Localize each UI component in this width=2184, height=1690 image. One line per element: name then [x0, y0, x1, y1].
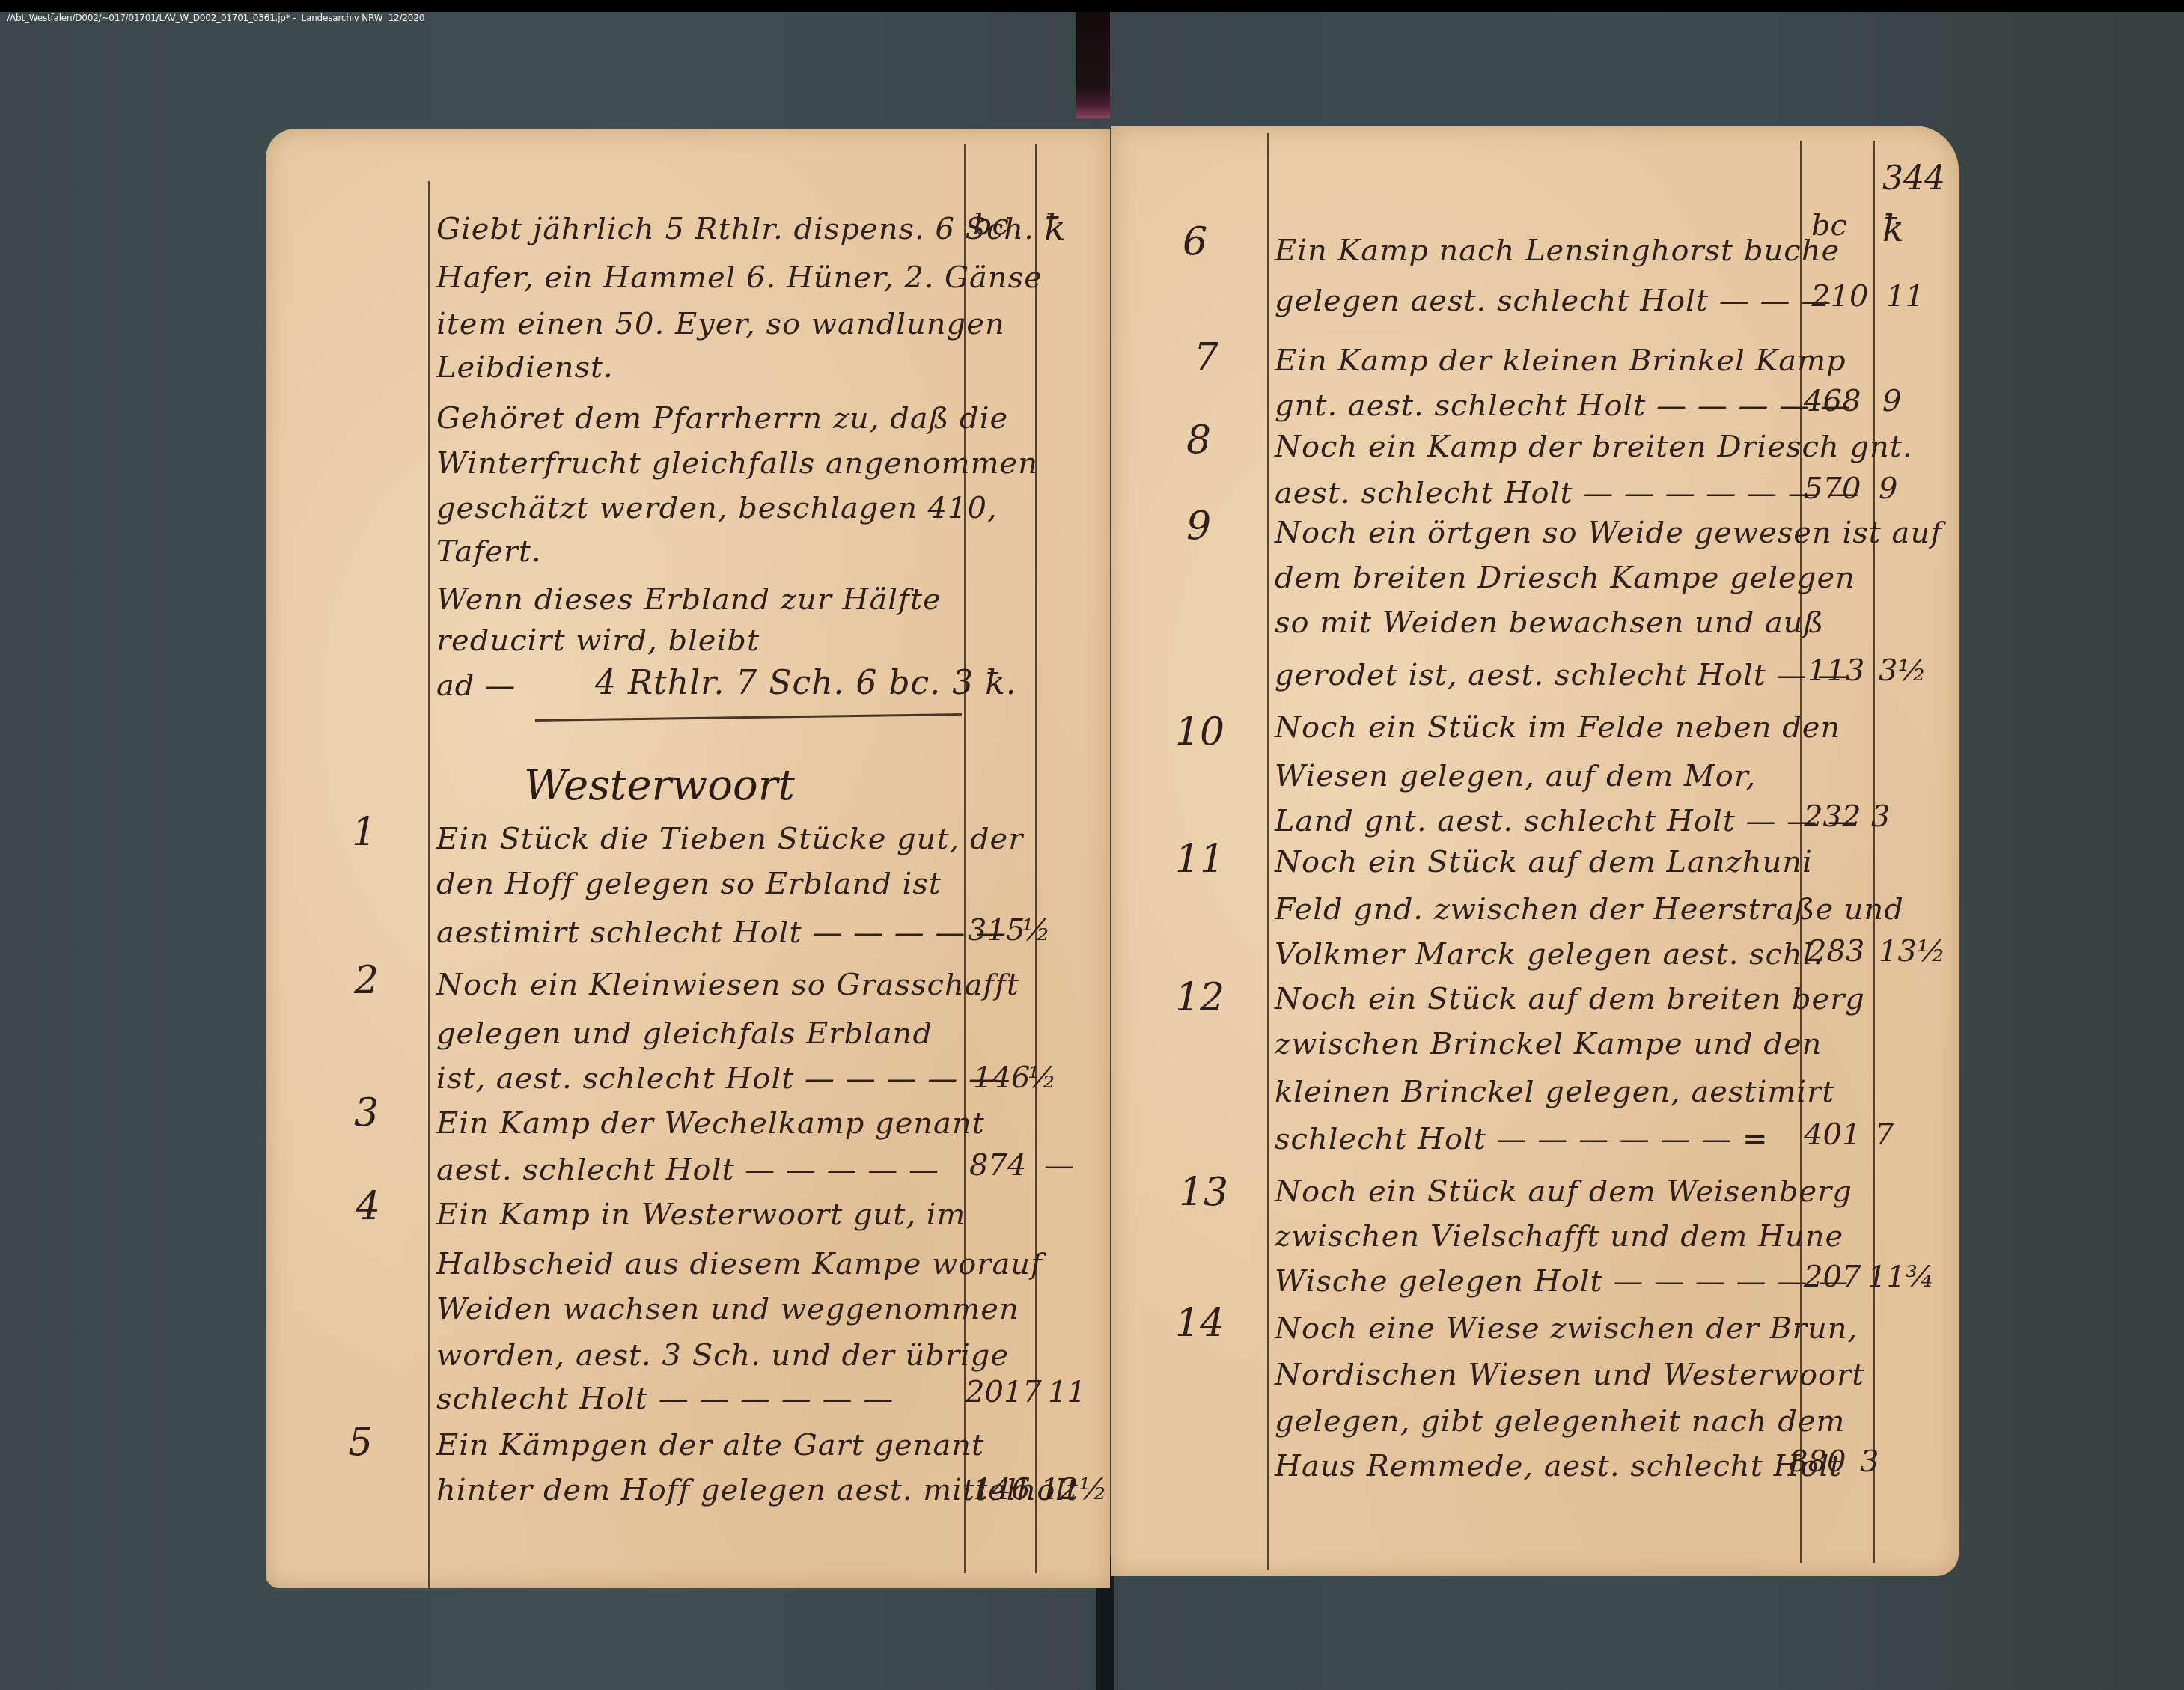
- entry-amount-pf: 3: [1860, 1445, 1879, 1479]
- entry-amount-bc: 315: [968, 913, 1025, 948]
- entry-number: 8: [1186, 418, 1211, 463]
- entry-line: Nordischen Wiesen und Westerwoort: [1275, 1353, 1864, 1397]
- entry-line: Wische gelegen Holt — — — — — —: [1275, 1260, 1849, 1303]
- entry-amount-bc: 874: [969, 1148, 1026, 1183]
- entry-line: zwischen Brinckel Kampe und den: [1275, 1022, 1822, 1066]
- entry-line: Wiesen gelegen, auf dem Mor,: [1275, 754, 1756, 798]
- entry-number: 13: [1179, 1170, 1228, 1215]
- entry-amount-pf: ½: [1022, 913, 1051, 948]
- entry-amount-bc: 113: [1808, 653, 1864, 688]
- section-heading: Westerwoort: [524, 761, 795, 810]
- entry-line: Volkmer Marck gelegen aest. schl.: [1275, 933, 1823, 976]
- entry-line: Ein Stück die Tieben Stücke gut, der: [436, 817, 1023, 861]
- entry-line: Noch ein Kleinwiesen so Grasschafft: [436, 963, 1019, 1007]
- intro-line: Giebt jährlich 5 Rthlr. dispens. 6 Sch.: [436, 207, 1034, 251]
- entry-line: so mit Weiden bewachsen und auß: [1275, 601, 1824, 644]
- right-page: 344 bc ꝁ 6 Ein Kamp nach Lensinghorst bu…: [1111, 126, 1959, 1576]
- entry-amount-bc: 283: [1808, 934, 1864, 968]
- amount-column-rule-2: [1035, 144, 1037, 1573]
- entry-amount-pf: 3: [1871, 799, 1890, 834]
- entry-line: schlecht Holt — — — — — —: [436, 1377, 894, 1421]
- intro-line: Tafert.: [436, 530, 542, 573]
- entry-amount-pf: 13½: [1879, 934, 1946, 968]
- entry-number: 5: [348, 1420, 373, 1465]
- entry-amount-pf: 7: [1875, 1117, 1894, 1152]
- entry-line: Noch ein örtgen so Weide gewesen ist auf: [1275, 511, 1942, 555]
- entry-amount-pf: 11: [1886, 279, 1924, 314]
- entry-line: gerodet ist, aest. schlecht Holt — —: [1275, 653, 1848, 697]
- intro-line: item einen 50. Eyer, so wandlungen: [436, 302, 1005, 346]
- margin-rule: [1267, 133, 1269, 1570]
- entry-number: 1: [352, 810, 376, 855]
- entry-number: 3: [354, 1090, 379, 1135]
- entry-amount-bc: 570: [1804, 472, 1861, 506]
- entry-amount-pf: 9: [1882, 384, 1901, 418]
- entry-line: Land gnt. aest. schlecht Holt — — —: [1275, 799, 1858, 843]
- entry-amount-pf: 9: [1879, 472, 1897, 506]
- entry-line: Noch ein Stück auf dem Lanzhuni: [1275, 841, 1813, 884]
- entry-line: kleinen Brinckel gelegen, aestimirt: [1275, 1070, 1834, 1114]
- entry-amount-bc: 210: [1811, 279, 1868, 314]
- column-header-pf: ꝁ: [1044, 207, 1066, 249]
- entry-amount-pf: 11¾: [1867, 1260, 1935, 1294]
- entry-line: Noch ein Stück auf dem Weisenberg: [1275, 1170, 1852, 1213]
- entry-number: 4: [356, 1184, 380, 1229]
- entry-amount-bc: 401: [1804, 1117, 1861, 1152]
- entry-amount-pf: ½: [1028, 1061, 1057, 1095]
- entry-line: Noch ein Kamp der breiten Driesch gnt.: [1275, 425, 1913, 469]
- entry-amount-bc: 232: [1804, 799, 1861, 834]
- entry-line: Feld gnd. zwischen der Heerstraße und: [1275, 888, 1904, 931]
- entry-line: Weiden wachsen und weggenommen: [436, 1287, 1019, 1331]
- intro-line: reducirt wird, bleibt: [436, 619, 760, 662]
- entry-amount-pf: —: [1044, 1148, 1074, 1183]
- book-spine: [1076, 12, 1110, 118]
- entry-line: schlecht Holt — — — — — — =: [1275, 1117, 1768, 1161]
- entry-line: aest. schlecht Holt — — — — —: [436, 1148, 939, 1192]
- entry-number: 9: [1186, 504, 1211, 549]
- entry-line: dem breiten Driesch Kampe gelegen: [1275, 556, 1855, 600]
- total-value: 4 Rthlr. 7 Sch. 6 bc. 3 ꝁ.: [595, 662, 1017, 705]
- entry-line: Noch eine Wiese zwischen der Brun,: [1275, 1307, 1858, 1350]
- page-number: 344: [1882, 159, 1945, 198]
- entry-line: zwischen Vielschafft und dem Hune: [1275, 1215, 1843, 1258]
- entry-amount-pf: 11: [1048, 1375, 1086, 1409]
- entry-amount-bc: 2017: [966, 1375, 1042, 1409]
- entry-number: 7: [1194, 335, 1218, 380]
- intro-line: Leibdienst.: [436, 346, 614, 389]
- entry-line: Halbscheid aus diesem Kampe worauf: [436, 1242, 1043, 1286]
- entry-amount-bc: 207: [1804, 1260, 1861, 1294]
- intro-line: geschätzt werden, beschlagen 410,: [436, 486, 998, 530]
- entry-amount-bc: 468: [1804, 384, 1861, 418]
- entry-number: 10: [1175, 710, 1224, 754]
- entry-number: 12: [1175, 975, 1224, 1020]
- intro-line: Wenn dieses Erbland zur Hälfte: [436, 578, 942, 621]
- entry-line: gelegen aest. schlecht Holt — — —: [1275, 279, 1831, 323]
- entry-number: 11: [1175, 837, 1224, 882]
- entry-number: 14: [1175, 1301, 1224, 1346]
- entry-line: Noch ein Stück im Felde neben den: [1275, 706, 1840, 749]
- intro-line: Winterfrucht gleichfalls angenommen: [436, 442, 1038, 485]
- entry-amount-bc: 146: [973, 1061, 1030, 1095]
- intro-line: Hafer, ein Hammel 6. Hüner, 2. Gänse: [436, 256, 1043, 299]
- entry-amount-bc: 146: [973, 1472, 1030, 1507]
- entry-amount-pf: 3½: [1879, 653, 1927, 688]
- amount-column-rule-2: [1873, 141, 1875, 1563]
- entry-number: 2: [354, 958, 379, 1003]
- entry-line: Ein Kamp in Westerwoort gut, im: [436, 1193, 966, 1236]
- entry-amount-pf: 12½: [1040, 1472, 1108, 1507]
- entry-line: Ein Kamp der Wechelkamp genant: [436, 1102, 985, 1145]
- margin-rule: [428, 181, 430, 1588]
- entry-line: Noch ein Stück auf dem breiten berg: [1275, 977, 1865, 1021]
- entry-amount-bc: 880: [1789, 1445, 1846, 1479]
- entry-line: gelegen, gibt gelegenheit nach dem: [1275, 1400, 1846, 1443]
- column-header-pf: ꝁ: [1882, 208, 1904, 250]
- total-underline: [535, 713, 962, 722]
- entry-line: Ein Kamp der kleinen Brinkel Kamp: [1275, 339, 1846, 382]
- entry-line: Ein Kämpgen der alte Gart genant: [436, 1424, 984, 1467]
- entry-line: den Hoff gelegen so Erbland ist: [436, 862, 942, 906]
- entry-line: worden, aest. 3 Sch. und der übrige: [436, 1334, 1009, 1377]
- entry-number: 6: [1183, 219, 1207, 264]
- left-page: bc ꝁ Giebt jährlich 5 Rthlr. dispens. 6 …: [266, 129, 1110, 1588]
- entry-line: gnt. aest. schlecht Holt — — — — —: [1275, 384, 1851, 427]
- entry-line: aest. schlecht Holt — — — — — — —: [1275, 472, 1860, 515]
- entry-line: Haus Remmede, aest. schlecht Holt: [1275, 1445, 1842, 1488]
- intro-line: Gehöret dem Pfarrherrn zu, daß die: [436, 397, 1008, 440]
- window-title-bar: /Abt_Westfalen/D002/~017/01701/LAV_W_D00…: [0, 0, 2184, 12]
- entry-line: gelegen und gleichfals Erbland: [436, 1012, 933, 1055]
- entry-line: ist, aest. schlecht Holt — — — — —: [436, 1057, 999, 1100]
- entry-line: Ein Kamp nach Lensinghorst buche: [1275, 229, 1840, 272]
- window-title: /Abt_Westfalen/D002/~017/01701/LAV_W_D00…: [7, 13, 424, 23]
- entry-line: aestimirt schlecht Holt — — — — —: [436, 911, 1007, 954]
- total-label: ad —: [436, 664, 516, 707]
